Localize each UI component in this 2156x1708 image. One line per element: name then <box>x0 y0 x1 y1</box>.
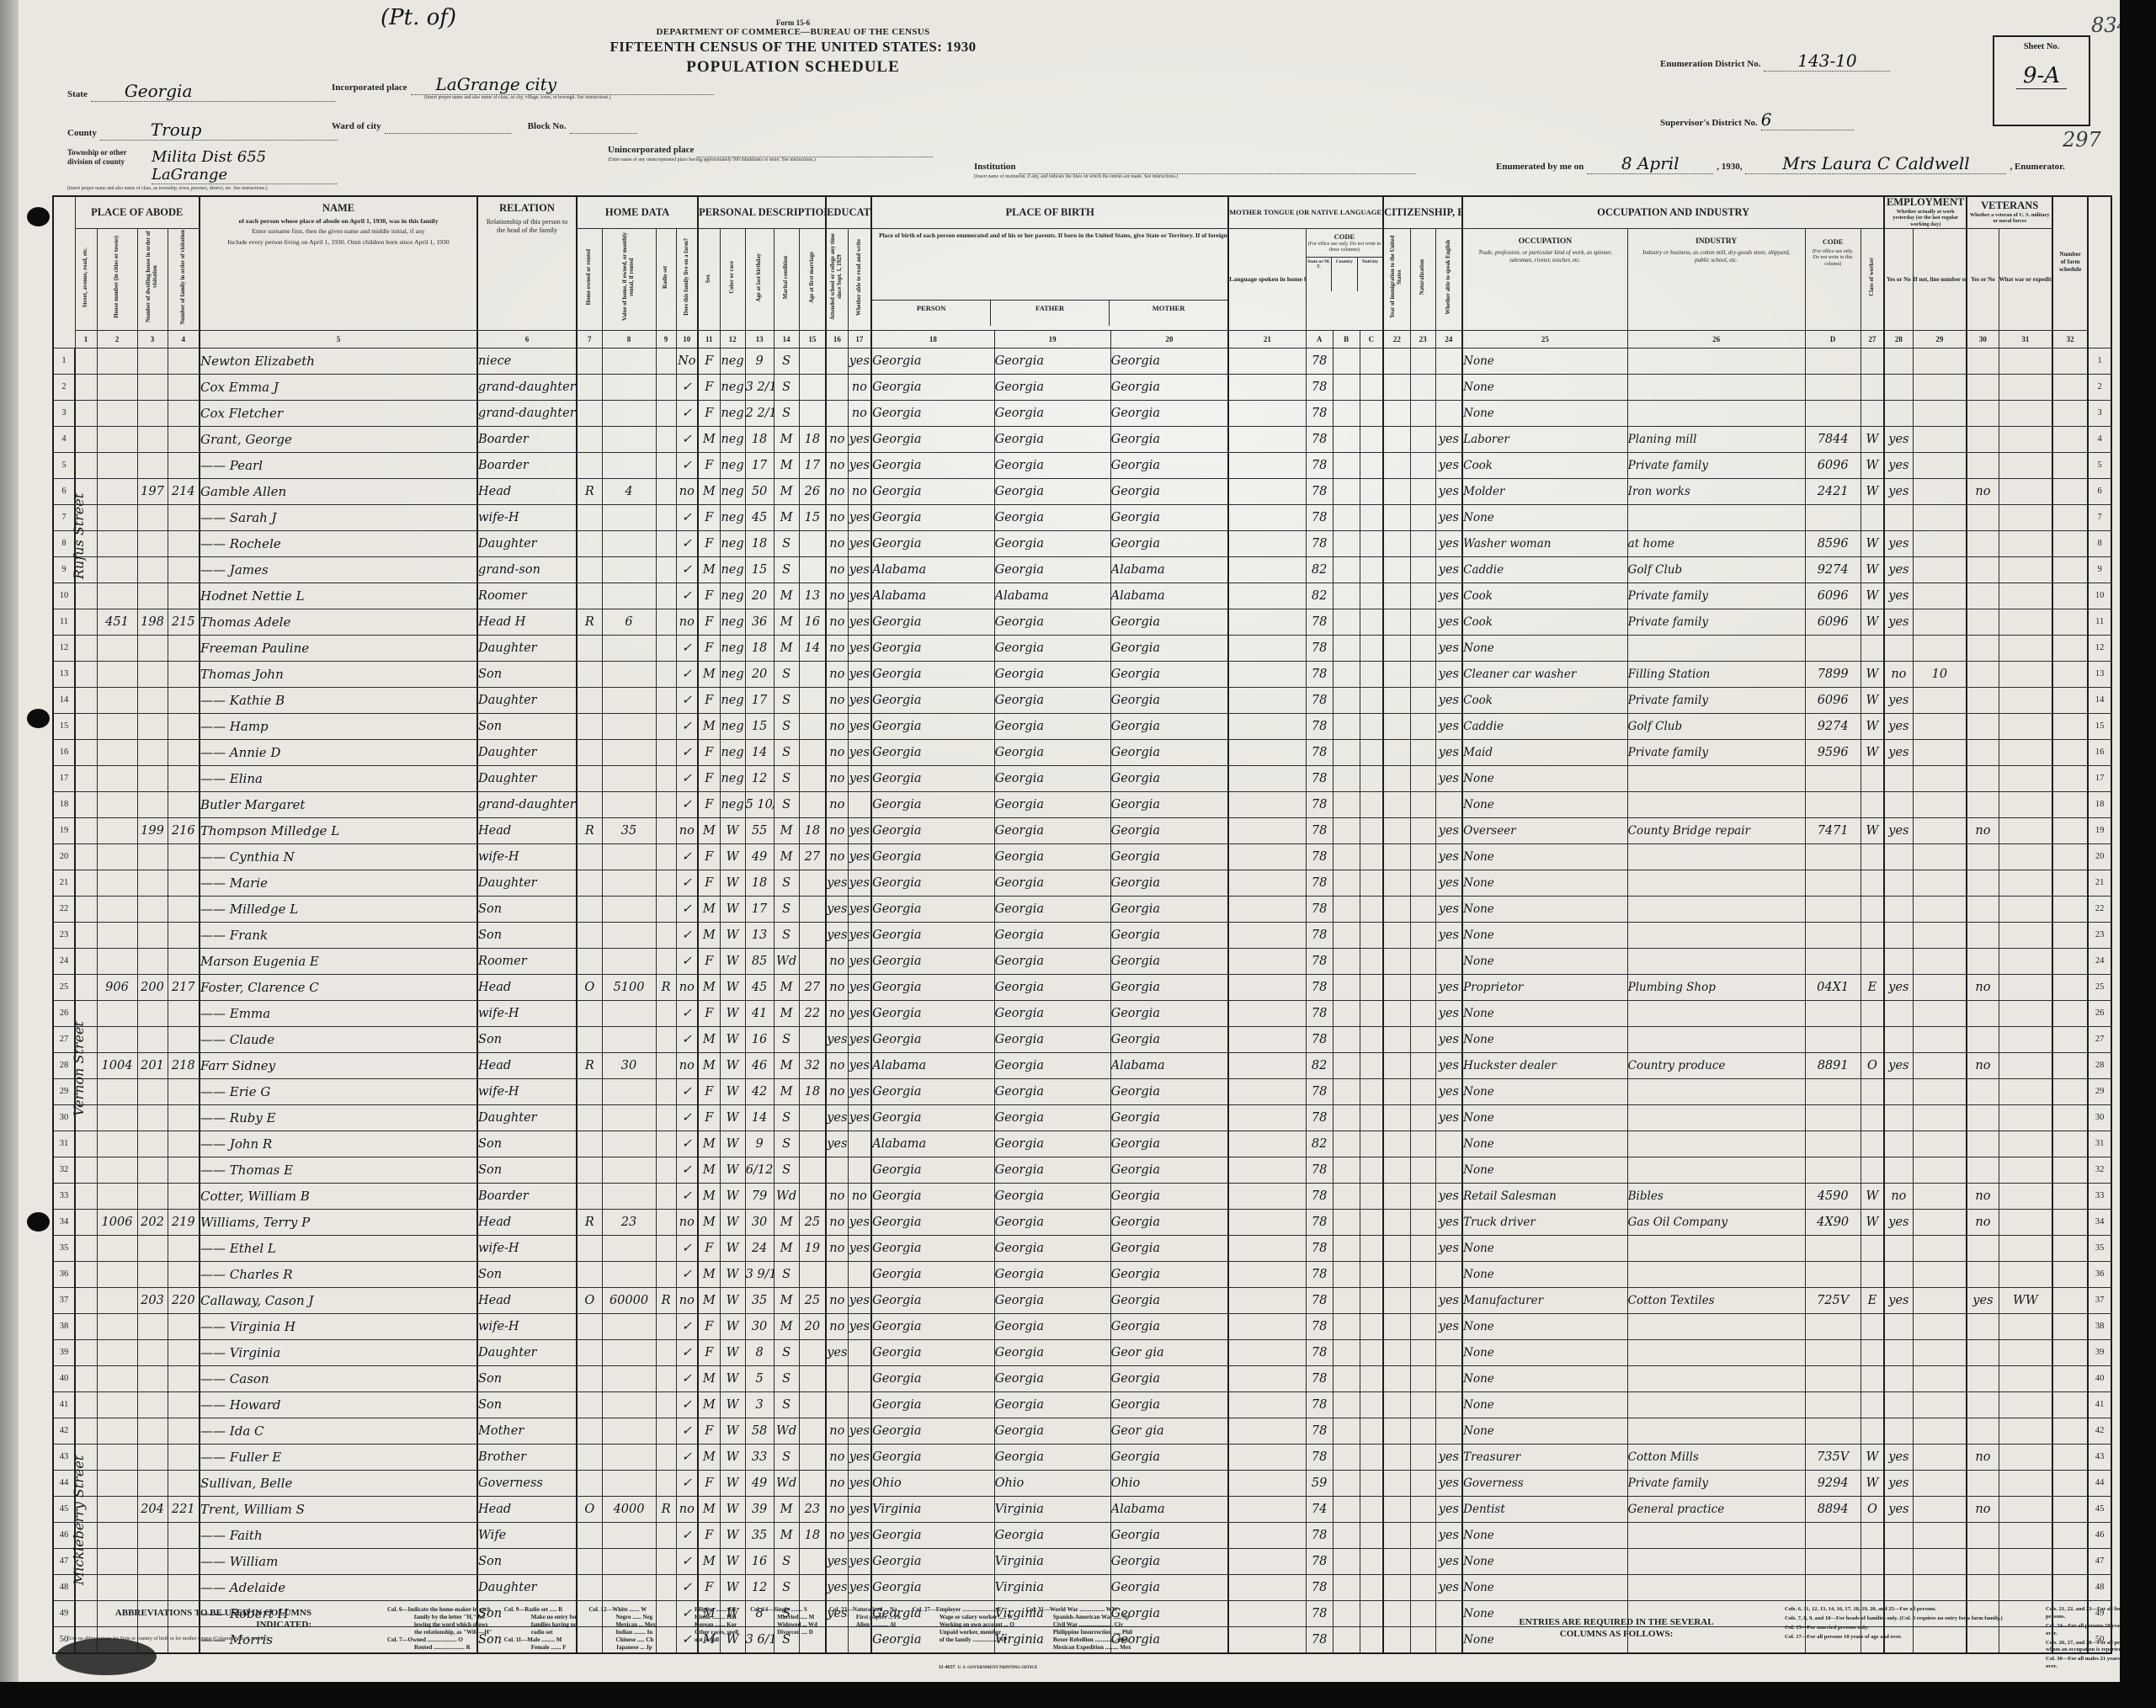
census-cell <box>602 948 656 974</box>
census-cell: —— Thomas E <box>200 1157 477 1183</box>
column-number: 18 <box>871 330 994 348</box>
census-cell: 197 <box>137 478 168 504</box>
census-cell <box>577 1183 602 1209</box>
census-cell: 4 <box>602 478 656 504</box>
census-cell: Brother <box>477 1444 577 1470</box>
census-cell <box>602 687 656 713</box>
census-cell <box>602 1313 656 1339</box>
census-cell <box>1228 1131 1306 1157</box>
census-cell <box>1333 530 1360 556</box>
census-cell: 78 <box>1306 400 1333 426</box>
census-cell: 78 <box>1306 1339 1333 1365</box>
census-cell: Georgia <box>1110 400 1228 426</box>
census-cell: Head H <box>477 609 577 635</box>
abbrev-line: Make no entry for <box>504 1614 578 1621</box>
census-cell: Wd <box>774 1183 799 1209</box>
census-cell <box>1884 1078 1913 1104</box>
census-cell <box>577 1548 602 1574</box>
name-title: NAME <box>200 202 476 215</box>
census-cell: Cotton Mills <box>1627 1444 1805 1470</box>
census-cell: Georgia <box>871 1209 994 1235</box>
relation-subtitle: Relationship of this person to the head … <box>478 215 576 236</box>
census-cell <box>1967 1261 1999 1287</box>
census-cell: ✓ <box>676 1365 698 1391</box>
census-cell: Son <box>477 1391 577 1418</box>
census-cell: Georgia <box>871 1522 994 1548</box>
abbrev-block: Col. 14—Single ........ SMarried ..... M… <box>750 1606 817 1636</box>
census-cell <box>1410 739 1435 765</box>
census-cell: Country produce <box>1627 1052 1805 1078</box>
census-cell <box>1333 922 1360 948</box>
census-cell <box>656 1313 676 1339</box>
census-cell: General practice <box>1627 1496 1805 1522</box>
census-cell <box>1228 1470 1306 1496</box>
census-cell: 30 <box>2088 1104 2111 1131</box>
census-cell <box>1999 609 2052 635</box>
census-cell <box>602 922 656 948</box>
census-cell: 15 <box>799 504 826 530</box>
census-cell: Georgia <box>1110 1209 1228 1235</box>
census-cell <box>1333 426 1360 452</box>
incorporated-note: (Insert proper name and also name of cla… <box>424 95 714 100</box>
census-cell <box>1410 1548 1435 1574</box>
abbrev-line: Spanish-American War ..... Sp <box>1026 1614 1132 1621</box>
census-cell <box>577 1000 602 1026</box>
census-cell <box>1410 452 1435 478</box>
census-cell <box>848 1131 871 1157</box>
form-number: Form 15-6 <box>540 19 1046 27</box>
census-cell <box>1383 556 1410 583</box>
census-cell <box>1884 374 1913 400</box>
census-cell <box>137 374 168 400</box>
census-cell: M <box>698 556 720 583</box>
census-cell <box>799 1365 826 1391</box>
census-cell <box>1383 1000 1410 1026</box>
census-cell: Wd <box>774 948 799 974</box>
census-cell: 6096 <box>1805 452 1861 478</box>
census-cell: Georgia <box>1110 922 1228 948</box>
census-cell <box>577 426 602 452</box>
census-cell <box>2052 1444 2088 1470</box>
census-cell <box>1360 1235 1383 1261</box>
census-cell: ✓ <box>676 1574 698 1600</box>
census-cell: Treasurer <box>1462 1444 1627 1470</box>
census-cell: no <box>826 1418 848 1444</box>
read-write-column-header: Whether able to read and write <box>848 228 871 330</box>
census-cell: Planing mill <box>1627 426 1805 452</box>
census-cell: F <box>698 765 720 791</box>
census-cell <box>1410 530 1435 556</box>
census-cell <box>1999 1026 2052 1052</box>
census-cell <box>137 1418 168 1444</box>
census-cell: 10 <box>1913 661 1967 687</box>
census-cell: Georgia <box>994 1287 1110 1313</box>
census-cell <box>1410 1131 1435 1157</box>
census-cell: 78 <box>1306 974 1333 1000</box>
census-cell: no <box>826 1522 848 1548</box>
census-cell: yes <box>1435 583 1462 609</box>
census-cell <box>1861 1574 1884 1600</box>
census-cell: 4X90 <box>1805 1209 1861 1235</box>
census-cell: 5100 <box>602 974 656 1000</box>
abbrev-line: Col. 12—White ....... W <box>588 1606 656 1614</box>
census-cell: —— Erie G <box>200 1078 477 1104</box>
census-cell: Georgia <box>1110 348 1228 374</box>
census-cell: Head <box>477 974 577 1000</box>
census-cell <box>1383 843 1410 870</box>
census-cell <box>1333 556 1360 583</box>
table-row: 36—— Charles RSon✓MW3 9/12SGeorgiaGeorgi… <box>53 1261 2111 1287</box>
census-cell <box>1913 1339 1967 1365</box>
census-cell <box>137 870 168 896</box>
census-cell: Georgia <box>871 1261 994 1287</box>
census-cell <box>1913 1418 1967 1444</box>
census-cell <box>2052 1078 2088 1104</box>
place-of-birth-header: PLACE OF BIRTH <box>871 196 1228 228</box>
census-cell <box>1410 1104 1435 1131</box>
census-cell: Georgia <box>1110 817 1228 843</box>
census-cell <box>1999 1522 2052 1548</box>
census-cell: None <box>1462 922 1627 948</box>
census-cell: yes <box>848 530 871 556</box>
census-cell: 23 <box>799 1496 826 1522</box>
census-cell <box>1360 974 1383 1000</box>
census-cell: None <box>1462 1131 1627 1157</box>
census-cell <box>1913 1235 1967 1261</box>
census-cell: 204 <box>137 1496 168 1522</box>
census-cell: Georgia <box>871 922 994 948</box>
census-cell <box>1861 1000 1884 1026</box>
census-cell <box>1228 583 1306 609</box>
census-cell: 78 <box>1306 791 1333 817</box>
ward-field: Ward of city Block No. <box>332 118 637 134</box>
census-cell <box>1360 374 1383 400</box>
census-cell <box>1967 948 1999 974</box>
census-cell <box>1967 1574 1999 1600</box>
census-cell: 2 <box>2088 374 2111 400</box>
house-number-column-header: House number (in cities or towns) <box>97 228 137 330</box>
census-cell <box>1410 583 1435 609</box>
census-cell: yes <box>826 1026 848 1052</box>
census-cell <box>799 661 826 687</box>
census-cell <box>137 713 168 739</box>
census-cell: ✓ <box>676 687 698 713</box>
column-number: B <box>1333 330 1360 348</box>
census-cell: ✓ <box>676 713 698 739</box>
census-cell <box>2052 843 2088 870</box>
census-cell <box>1383 504 1410 530</box>
census-cell <box>656 1574 676 1600</box>
census-cell <box>799 1131 826 1157</box>
census-cell <box>577 1026 602 1052</box>
census-cell <box>1410 1157 1435 1183</box>
census-cell <box>1999 452 2052 478</box>
census-cell <box>1228 1287 1306 1313</box>
census-cell: 5 10/12 <box>745 791 774 817</box>
relation-title: RELATION <box>478 202 576 215</box>
census-cell <box>826 1365 848 1391</box>
census-cell <box>75 1339 97 1365</box>
census-cell <box>1228 609 1306 635</box>
census-cell: 17 <box>53 765 75 791</box>
census-cell <box>1360 1418 1383 1444</box>
census-cell: yes <box>1884 687 1913 713</box>
census-cell <box>1410 1313 1435 1339</box>
census-cell <box>1861 1131 1884 1157</box>
column-number: 16 <box>826 330 848 348</box>
census-cell: Williams, Terry P <box>200 1209 477 1235</box>
census-cell <box>1913 452 1967 478</box>
census-cell <box>1967 504 1999 530</box>
citizenship-header: CITIZENSHIP, ETC. <box>1383 196 1462 228</box>
census-cell: —— Ethel L <box>200 1235 477 1261</box>
census-cell: no <box>826 452 848 478</box>
column-number: 12 <box>720 330 745 348</box>
census-cell <box>1884 791 1913 817</box>
census-cell <box>1333 1287 1360 1313</box>
census-cell: Georgia <box>1110 1183 1228 1209</box>
census-cell: 38 <box>53 1313 75 1339</box>
census-cell: no <box>826 765 848 791</box>
census-cell <box>1360 1339 1383 1365</box>
census-cell <box>577 1470 602 1496</box>
census-cell: M <box>698 478 720 504</box>
census-cell: Georgia <box>994 1261 1110 1287</box>
census-cell: yes <box>1435 1287 1462 1313</box>
census-cell: W <box>1861 687 1884 713</box>
census-cell <box>1360 1365 1383 1391</box>
census-cell <box>1967 348 1999 374</box>
name-line-1: of each person whose place of abode on A… <box>200 215 476 225</box>
census-cell <box>1967 870 1999 896</box>
census-cell <box>2052 1548 2088 1574</box>
census-cell: no <box>826 1287 848 1313</box>
census-cell <box>2052 374 2088 400</box>
census-cell: Boarder <box>477 452 577 478</box>
abbrev-line: Widowed ... Wd <box>750 1621 817 1629</box>
census-cell: wife-H <box>477 1078 577 1104</box>
census-cell: W <box>720 1522 745 1548</box>
table-row: 48—— AdelaideDaughter✓FW12SyesyesGeorgia… <box>53 1574 2111 1600</box>
census-cell: no <box>1967 1209 1999 1235</box>
census-cell: W <box>720 1235 745 1261</box>
census-cell: R <box>656 974 676 1000</box>
census-cell <box>1999 530 2052 556</box>
census-cell: yes <box>1435 1522 1462 1548</box>
census-cell: 30 <box>745 1209 774 1235</box>
census-cell <box>137 1131 168 1157</box>
census-cell <box>1861 1157 1884 1183</box>
census-cell <box>602 556 656 583</box>
census-cell <box>1333 1183 1360 1209</box>
census-cell: W <box>720 896 745 922</box>
census-cell: S <box>774 1365 799 1391</box>
census-cell <box>1805 374 1861 400</box>
census-cell <box>1383 739 1410 765</box>
census-cell: yes <box>848 922 871 948</box>
census-cell <box>168 948 200 974</box>
census-cell <box>168 1418 200 1444</box>
column-number: D <box>1805 330 1861 348</box>
home-owned-column-header: Home owned or rented <box>577 228 602 330</box>
census-cell <box>1967 1470 1999 1496</box>
census-cell <box>1360 1496 1383 1522</box>
census-cell <box>137 1391 168 1418</box>
table-row: 2Cox Emma Jgrand-daughter✓Fneg3 2/12SnoG… <box>53 374 2111 400</box>
census-cell: 39 <box>745 1496 774 1522</box>
census-cell <box>602 635 656 661</box>
census-cell: W <box>720 1000 745 1026</box>
census-cell <box>577 843 602 870</box>
abbrev-line: Mexican ... Mex <box>588 1621 656 1629</box>
census-cell <box>97 1000 137 1026</box>
census-cell: Trent, William S <box>200 1496 477 1522</box>
census-cell: 21 <box>53 870 75 896</box>
census-cell: Georgia <box>871 1104 994 1131</box>
industry-title: INDUSTRY <box>1628 237 1805 246</box>
census-cell: 78 <box>1306 1548 1333 1574</box>
census-cell <box>1333 870 1360 896</box>
census-cell: Georgia <box>871 791 994 817</box>
census-cell: yes <box>848 1235 871 1261</box>
abbrev-line: Hindu ......... Hin <box>668 1614 738 1621</box>
census-cell <box>137 1261 168 1287</box>
census-cell: Georgia <box>871 609 994 635</box>
census-cell: M <box>774 1235 799 1261</box>
census-cell <box>577 1339 602 1365</box>
abbrev-line: Female ....... F <box>504 1644 578 1652</box>
census-cell <box>1383 478 1410 504</box>
census-cell: W <box>1861 1444 1884 1470</box>
census-cell: 9596 <box>1805 739 1861 765</box>
census-cell <box>1333 504 1360 530</box>
census-cell: Son <box>477 1261 577 1287</box>
census-cell: Georgia <box>1110 843 1228 870</box>
footer-abbrev-blocks: Col. 6—Indicate the home-maker in eachfa… <box>387 1606 1132 1652</box>
census-cell: S <box>774 1131 799 1157</box>
census-cell <box>1228 896 1306 922</box>
census-cell: Georgia <box>1110 974 1228 1000</box>
census-cell <box>1360 1470 1383 1496</box>
census-cell: Butler Margaret <box>200 791 477 817</box>
census-cell: Georgia <box>871 1418 994 1444</box>
employment-note: Whether actually at work yesterday (or t… <box>1885 208 1966 228</box>
census-cell <box>799 348 826 374</box>
census-cell <box>137 1000 168 1026</box>
census-cell: Georgia <box>994 739 1110 765</box>
census-cell <box>1913 504 1967 530</box>
census-cell: 35 <box>745 1287 774 1313</box>
census-cell: no <box>1967 817 1999 843</box>
census-cell <box>577 922 602 948</box>
census-cell: 906 <box>97 974 137 1000</box>
abbrev-line: First papers ... Pa <box>829 1614 901 1621</box>
census-cell: W <box>1861 1470 1884 1496</box>
census-cell <box>577 1235 602 1261</box>
census-cell: Georgia <box>994 452 1110 478</box>
entries-item: Col. 15—For married persons only. <box>1785 1625 2037 1632</box>
veterans-header: VETERANS Whether a veteran of U. S. mili… <box>1967 196 2052 228</box>
census-cell <box>2052 1339 2088 1365</box>
column-number: 9 <box>656 330 676 348</box>
census-cell: 40 <box>53 1365 75 1391</box>
census-cell <box>656 1026 676 1052</box>
census-cell: 9 <box>2088 556 2111 583</box>
census-cell <box>799 713 826 739</box>
census-cell <box>1360 504 1383 530</box>
census-cell: no <box>826 1209 848 1235</box>
census-cell <box>577 739 602 765</box>
census-cell: Georgia <box>994 687 1110 713</box>
census-cell <box>1435 374 1462 400</box>
census-cell: yes <box>1435 609 1462 635</box>
census-cell <box>1627 922 1805 948</box>
census-cell <box>1383 974 1410 1000</box>
census-cell: Washer woman <box>1462 530 1627 556</box>
census-cell <box>1861 348 1884 374</box>
census-cell: 24 <box>2088 948 2111 974</box>
census-cell: R <box>577 1052 602 1078</box>
occupation-column-header: OCCUPATION Trade, profession, or particu… <box>1462 228 1627 330</box>
census-cell <box>656 1522 676 1548</box>
census-cell <box>1884 348 1913 374</box>
census-cell <box>1999 687 2052 713</box>
census-cell: Alabama <box>1110 556 1228 583</box>
census-cell: W <box>720 1444 745 1470</box>
census-cell <box>1967 1078 1999 1104</box>
census-cell: yes <box>848 452 871 478</box>
census-cell: 2421 <box>1805 478 1861 504</box>
table-row: 23—— FrankSon✓MW13SyesyesGeorgiaGeorgiaG… <box>53 922 2111 948</box>
census-cell <box>577 1391 602 1418</box>
census-cell: M <box>774 843 799 870</box>
census-cell: M <box>698 1026 720 1052</box>
census-cell: neg <box>720 478 745 504</box>
census-cell: Private family <box>1627 1470 1805 1496</box>
census-cell <box>1913 765 1967 791</box>
census-cell: yes <box>848 1548 871 1574</box>
census-cell: M <box>774 974 799 1000</box>
census-cell <box>799 556 826 583</box>
census-cell: Georgia <box>994 1078 1110 1104</box>
census-cell: 58 <box>745 1418 774 1444</box>
census-cell <box>1383 1157 1410 1183</box>
census-cell <box>1228 713 1306 739</box>
census-cell: M <box>698 817 720 843</box>
farm-schedule-header: Number of farm schedule <box>2052 196 2088 330</box>
column-number: 19 <box>994 330 1110 348</box>
census-cell <box>1360 530 1383 556</box>
census-cell: Callaway, Cason J <box>200 1287 477 1313</box>
census-cell <box>1884 1418 1913 1444</box>
census-cell: Georgia <box>1110 1235 1228 1261</box>
census-cell <box>577 1078 602 1104</box>
census-cell <box>168 426 200 452</box>
census-cell: ✓ <box>676 1391 698 1418</box>
census-cell: F <box>698 504 720 530</box>
census-cell <box>1913 1157 1967 1183</box>
census-cell: 36 <box>745 609 774 635</box>
census-cell <box>602 1444 656 1470</box>
census-cell: 37 <box>2088 1287 2111 1313</box>
census-cell <box>1383 1235 1410 1261</box>
census-cell: 198 <box>137 609 168 635</box>
census-cell: —— William <box>200 1548 477 1574</box>
census-cell <box>1435 1418 1462 1444</box>
census-cell <box>1383 426 1410 452</box>
institution-field: Institution (Insert name of institution,… <box>974 158 1415 179</box>
industry-note: Industry or business, as cotton mill, dr… <box>1628 246 1805 268</box>
